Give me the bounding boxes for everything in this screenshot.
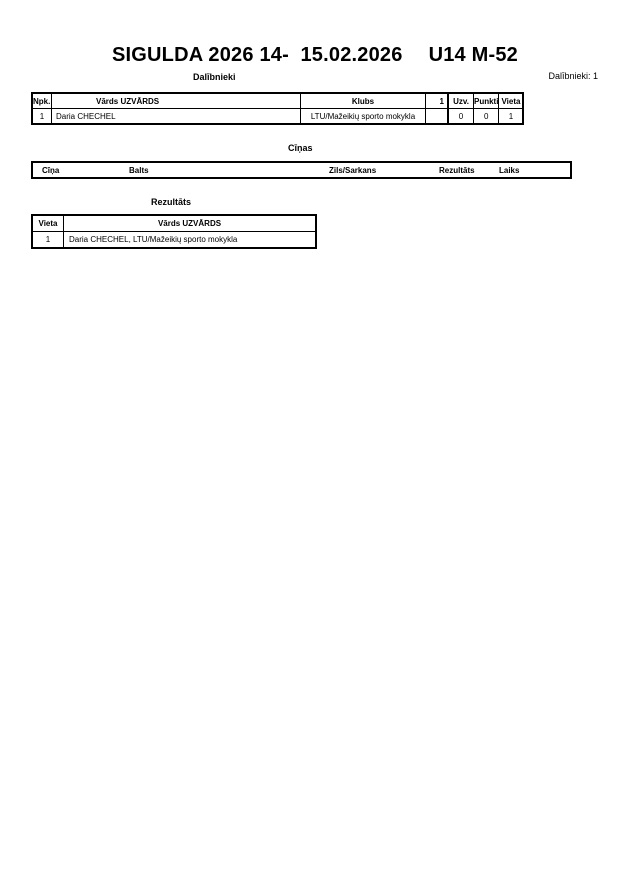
results-header-row: Vieta Vārds UZVĀRDS: [32, 215, 316, 232]
col-blue-red: Zils/Sarkans: [329, 162, 439, 178]
col-name: Vārds UZVĀRDS: [64, 215, 317, 232]
event-title: SIGULDA 2026 14- 15.02.2026: [112, 44, 403, 66]
cell-place: 1: [499, 109, 524, 125]
cell-npk: 1: [32, 109, 52, 125]
col-result: Rezultāts: [439, 162, 499, 178]
cell-wins: 0: [448, 109, 474, 125]
category-title: U14 M-52: [429, 44, 518, 66]
fights-header-row: Cīņa Balts Zils/Sarkans Rezultāts Laiks: [32, 162, 571, 178]
participants-header-row: Npk. Vārds UZVĀRDS Klubs 1 Uzv. Punkti V…: [32, 93, 523, 109]
col-npk: Npk.: [32, 93, 52, 109]
results-heading: Rezultāts: [151, 197, 191, 207]
col-wins: Uzv.: [448, 93, 474, 109]
cell-points: 0: [474, 109, 499, 125]
participants-heading: Dalībnieki: [193, 72, 236, 82]
cell-round: [426, 109, 449, 125]
col-white: Balts: [129, 162, 329, 178]
col-time: Laiks: [499, 162, 571, 178]
page-title: SIGULDA 2026 14- 15.02.2026U14 M-52: [0, 44, 630, 67]
cell-name: Daria CHECHEL, LTU/Mažeikių sporto mokyk…: [64, 232, 317, 249]
col-place: Vieta: [499, 93, 524, 109]
cell-place: 1: [32, 232, 64, 249]
results-table: Vieta Vārds UZVĀRDS 1 Daria CHECHEL, LTU…: [31, 214, 317, 249]
col-fight: Cīņa: [32, 162, 129, 178]
participants-count: Dalībnieki: 1: [548, 71, 598, 81]
col-name: Vārds UZVĀRDS: [52, 93, 301, 109]
table-row: 1 Daria CHECHEL, LTU/Mažeikių sporto mok…: [32, 232, 316, 249]
fights-heading: Cīņas: [288, 143, 313, 153]
cell-name: Daria CHECHEL: [52, 109, 301, 125]
col-club: Klubs: [301, 93, 426, 109]
participants-table: Npk. Vārds UZVĀRDS Klubs 1 Uzv. Punkti V…: [31, 92, 524, 125]
fights-table: Cīņa Balts Zils/Sarkans Rezultāts Laiks: [31, 161, 572, 179]
col-points: Punkti: [474, 93, 499, 109]
cell-club: LTU/Mažeikių sporto mokykla: [301, 109, 426, 125]
col-round: 1: [426, 93, 449, 109]
table-row: 1 Daria CHECHEL LTU/Mažeikių sporto moky…: [32, 109, 523, 125]
col-place: Vieta: [32, 215, 64, 232]
